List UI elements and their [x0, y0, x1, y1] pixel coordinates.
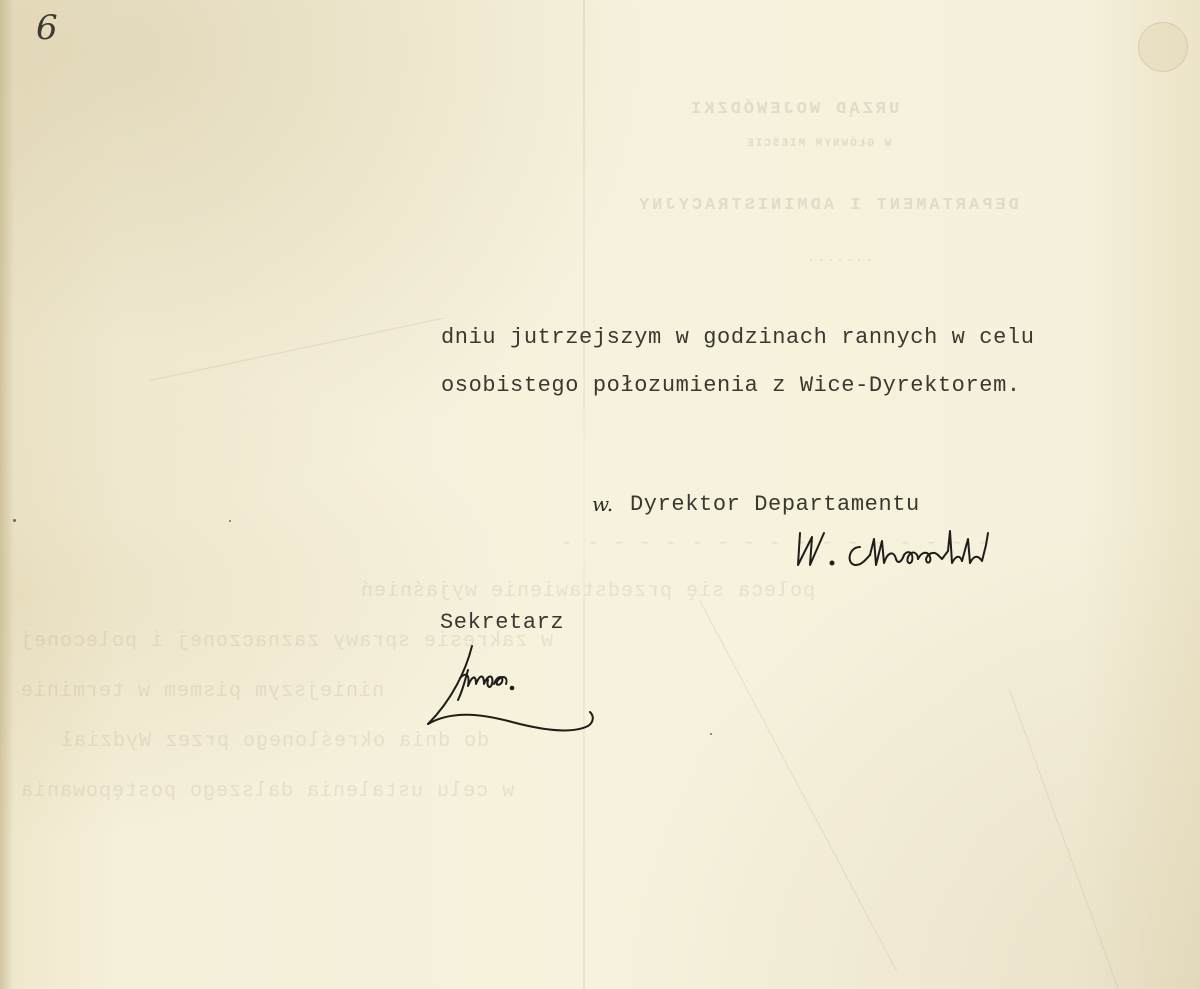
ink-speck — [710, 733, 712, 735]
ink-speck — [13, 519, 16, 522]
bleed-through-body-line: w celu ustalenia dalszego postępowania — [20, 780, 514, 803]
bleed-through-mark: ....... — [805, 253, 872, 265]
bleed-through-body-line: poleca się przedstawienie wyjaśnień — [360, 580, 815, 603]
handwritten-page-number: 6 — [36, 8, 58, 48]
body-text-line: dniu jutrzejszym w godzinach rannych w c… — [441, 325, 1035, 350]
paper-fold-line — [583, 0, 585, 989]
bleed-through-body-line: niniejszym pismem w terminie — [20, 680, 384, 703]
body-text-line: osobistego połozumienia z Wice-Dyrektore… — [441, 373, 1021, 398]
ink-speck — [229, 520, 231, 522]
handwritten-prefix: w. — [592, 492, 613, 516]
director-signature — [790, 525, 1050, 580]
secretary-title: Sekretarz — [440, 610, 564, 635]
faded-stamp-mark — [1138, 22, 1188, 72]
bleed-through-header-line: W GŁÓWNYM MIEŚCIE — [745, 138, 891, 150]
paper-edge-shadow — [0, 0, 14, 989]
secretary-signature — [422, 640, 602, 745]
bleed-through-header-line: DEPARTAMENT I ADMINISTRACYJNY — [636, 196, 1019, 215]
director-title: Dyrektor Departamentu — [630, 492, 920, 517]
bleed-through-header-line: URZĄD WOJEWÓDZKI — [688, 100, 899, 119]
